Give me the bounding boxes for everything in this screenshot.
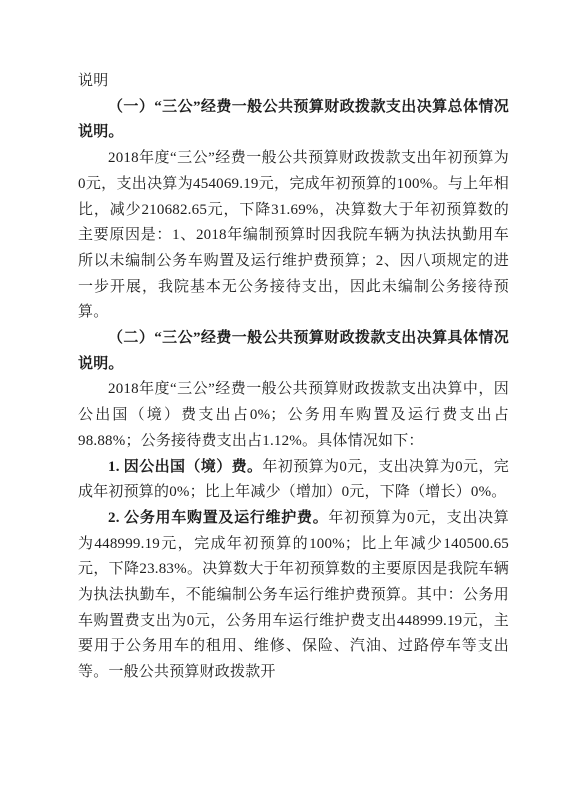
- section-2-intro-paragraph: 2018年度“三公”经费一般公共预算财政拨款支出决算中，因公出国（境）费支出占0…: [78, 377, 509, 454]
- section-1-paragraph: 2018年度“三公”经费一般公共预算财政拨款支出年初预算为0元，支出决算为454…: [78, 146, 509, 326]
- section-2-item-1-lead: 1. 因公出国（境）费。: [108, 459, 262, 475]
- section-2-heading: （二）“三公”经费一般公共预算财政拨款支出决算具体情况说明。: [78, 326, 509, 377]
- section-2-item-2-text: 年初预算为0元，支出决算为448999.19元，完成年初预算的100%；比上年减…: [78, 510, 509, 680]
- section-2-item-2-lead: 2. 公务用车购置及运行维护费。: [108, 510, 328, 526]
- document-page: 说明 （一）“三公”经费一般公共预算财政拨款支出决算总体情况说明。 2018年度…: [0, 0, 565, 800]
- section-2-item-1-paragraph: 1. 因公出国（境）费。年初预算为0元，支出决算为0元，完成年初预算的0%；比上…: [78, 455, 509, 506]
- doc-title: 说明: [78, 69, 509, 95]
- section-1-heading: （一）“三公”经费一般公共预算财政拨款支出决算总体情况说明。: [78, 95, 509, 146]
- section-2-item-2-paragraph: 2. 公务用车购置及运行维护费。年初预算为0元，支出决算为448999.19元，…: [78, 506, 509, 686]
